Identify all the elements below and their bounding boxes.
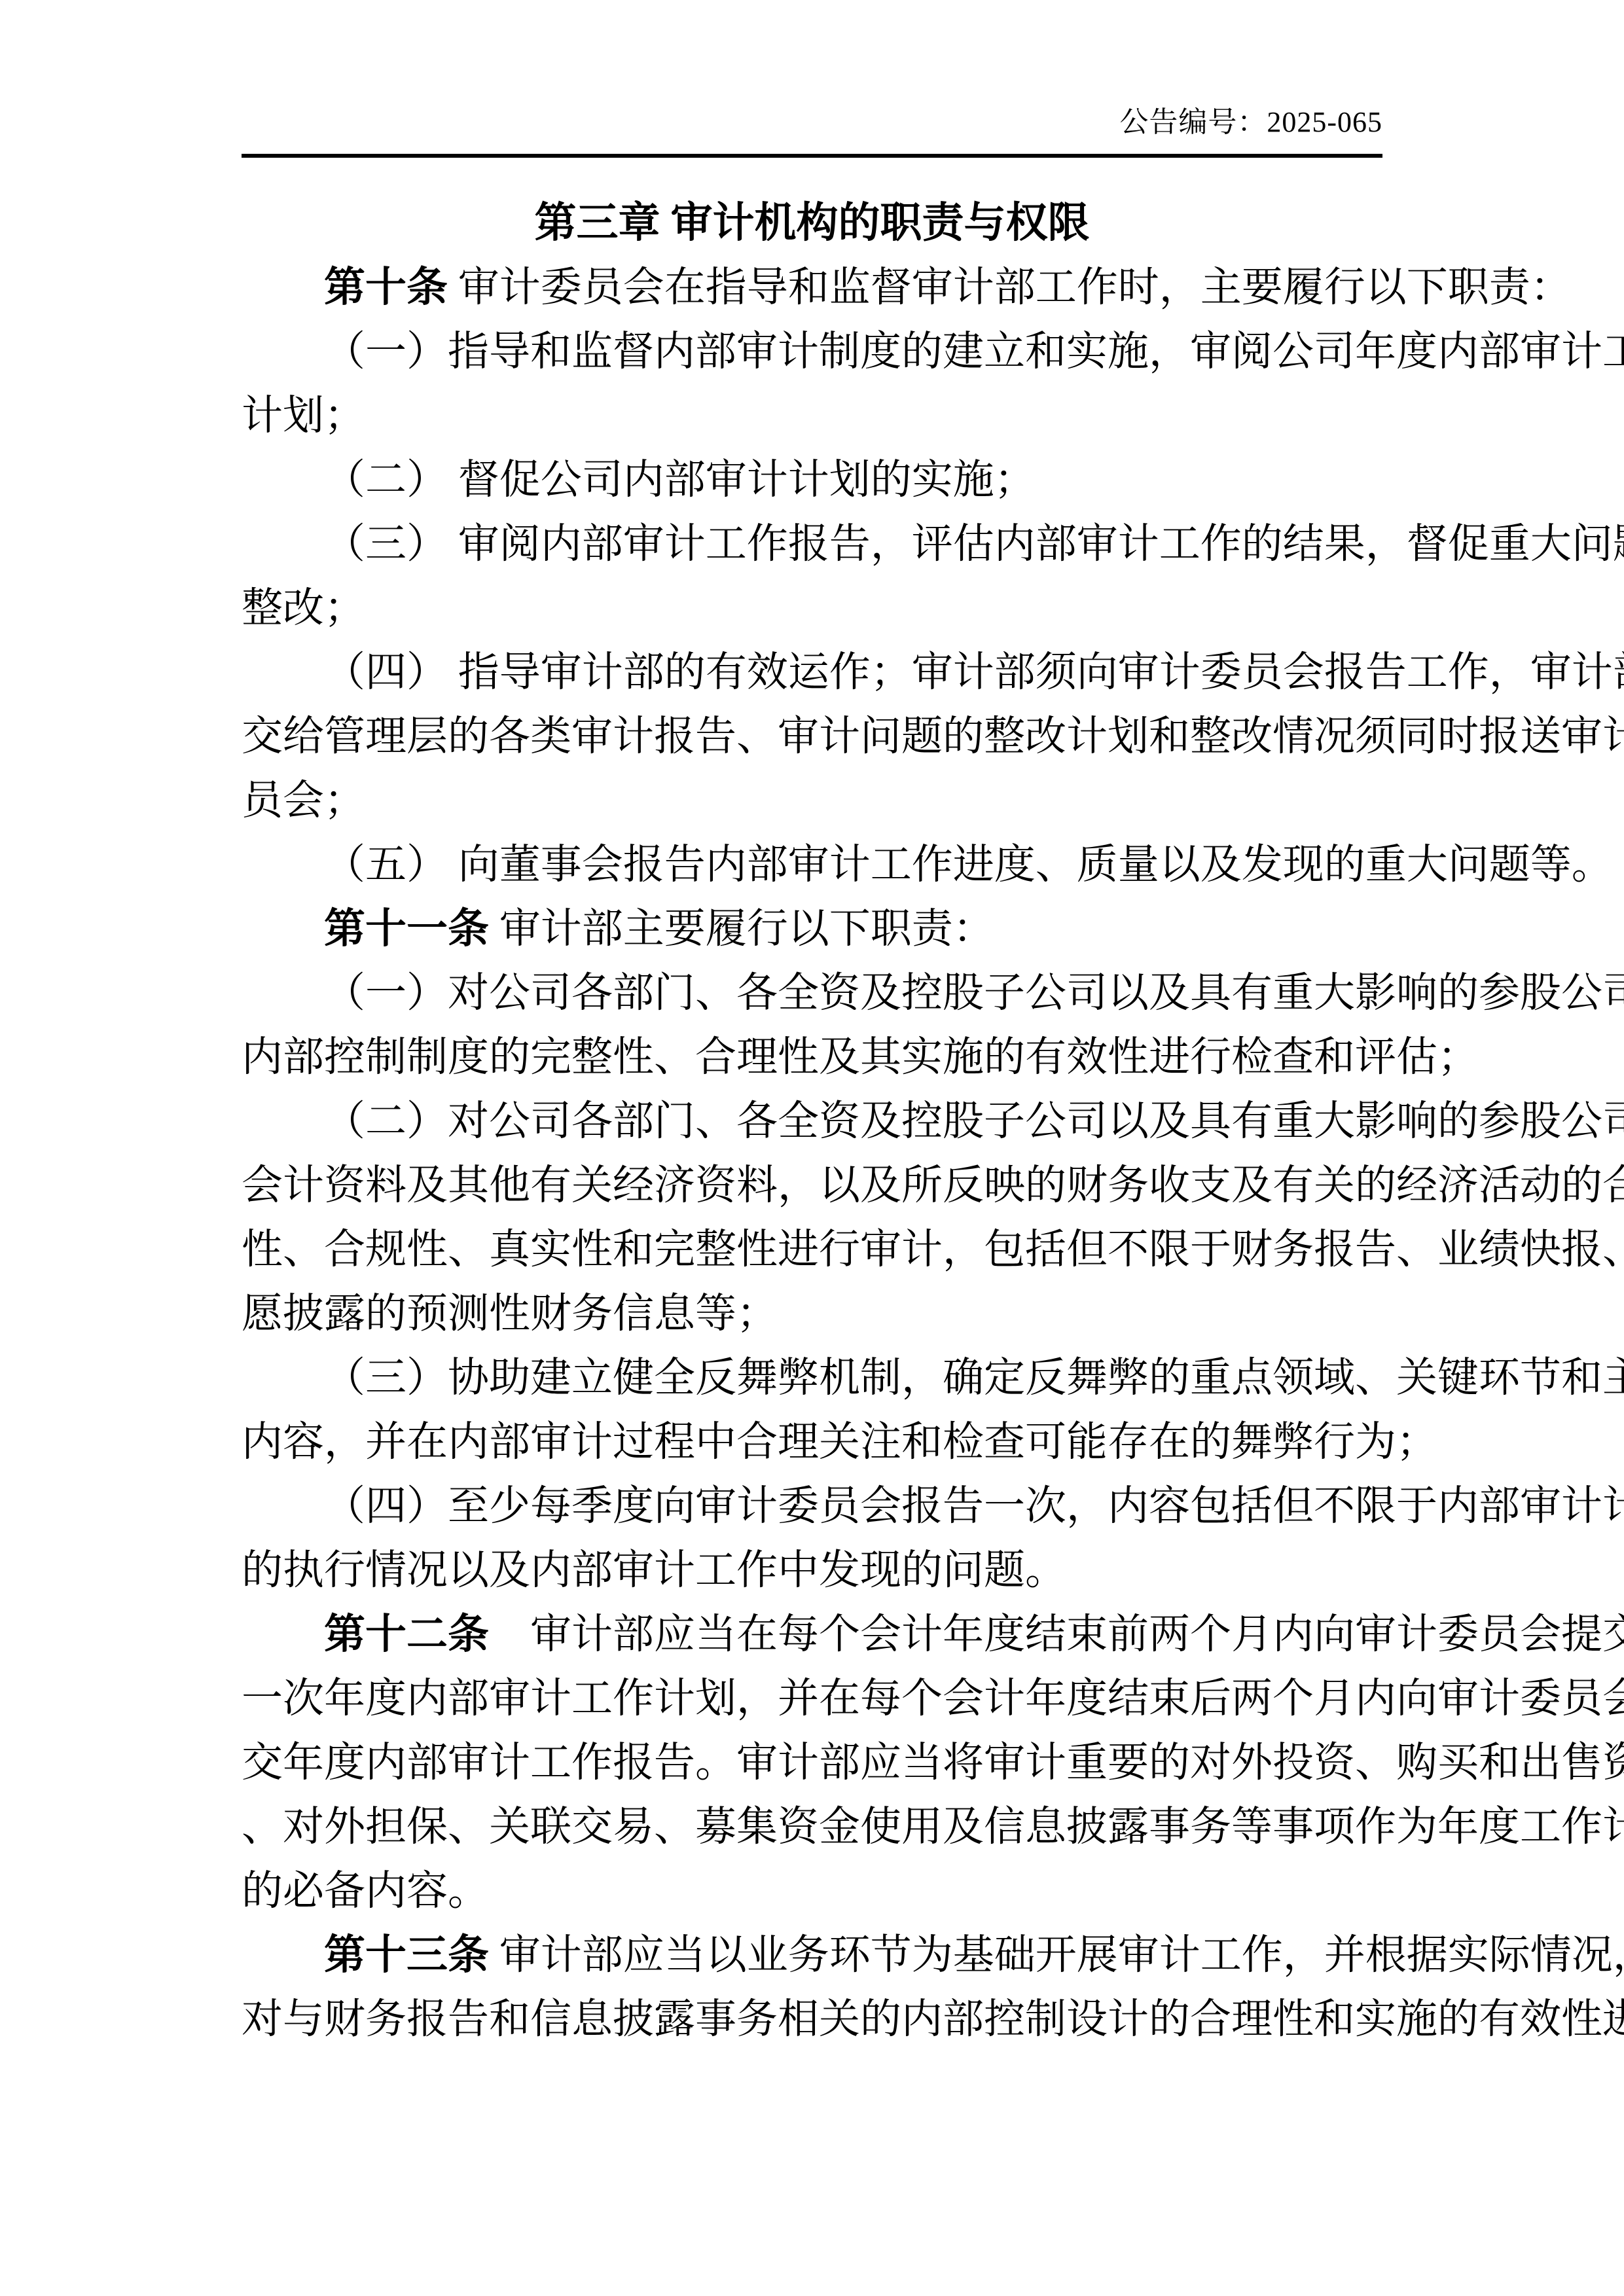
line-text: 的必备内容。 (242, 1868, 489, 1914)
text-line: 第十一条 审计部主要履行以下职责： (242, 897, 1382, 961)
text-line: 会计资料及其他有关经济资料，以及所反映的财务收支及有关的经济活动的合法 (242, 1153, 1382, 1217)
line-text: 审计部主要履行以下职责： (489, 906, 994, 952)
text-line: 员会； (242, 768, 1382, 833)
line-text: 内容，并在内部审计过程中合理关注和检查可能存在的舞弊行为； (242, 1419, 1437, 1465)
line-text: （四）至少每季度向审计委员会报告一次，内容包括但不限于内部审计计划 (324, 1483, 1624, 1529)
line-text: 对与财务报告和信息披露事务相关的内部控制设计的合理性和实施的有效性进 (242, 1996, 1624, 2042)
text-line: （四） 指导审计部的有效运作；审计部须向审计委员会报告工作，审计部提 (242, 640, 1382, 704)
text-line: 内部控制制度的完整性、合理性及其实施的有效性进行检查和评估； (242, 1025, 1382, 1089)
line-text: 愿披露的预测性财务信息等； (242, 1291, 778, 1336)
line-text: （二）对公司各部门、各全资及控股子公司以及具有重大影响的参股公司的 (324, 1098, 1624, 1144)
text-line: 、对外担保、关联交易、募集资金使用及信息披露事务等事项作为年度工作计划 (242, 1795, 1382, 1859)
text-line: 的必备内容。 (242, 1859, 1382, 1923)
article-number: 第十二条 (324, 1611, 489, 1657)
line-text: 会计资料及其他有关经济资料，以及所反映的财务收支及有关的经济活动的合法 (242, 1162, 1624, 1208)
line-text: 性、合规性、真实性和完整性进行审计，包括但不限于财务报告、业绩快报、自 (242, 1227, 1624, 1272)
text-line: 性、合规性、真实性和完整性进行审计，包括但不限于财务报告、业绩快报、自 (242, 1217, 1382, 1282)
article-number: 第十一条 (324, 906, 489, 952)
text-line: 交给管理层的各类审计报告、审计问题的整改计划和整改情况须同时报送审计委 (242, 704, 1382, 768)
line-text: （一）指导和监督内部审计制度的建立和实施，审阅公司年度内部审计工作 (324, 329, 1624, 374)
text-line: 交年度内部审计工作报告。审计部应当将审计重要的对外投资、购买和出售资产 (242, 1731, 1382, 1795)
article-number: 第十三条 (324, 1932, 489, 1978)
line-text: 审计部应当在每个会计年度结束前两个月内向审计委员会提交 (489, 1611, 1624, 1657)
line-text: 审计部应当以业务环节为基础开展审计工作，并根据实际情况， (489, 1932, 1624, 1978)
line-text: 计划； (242, 393, 365, 439)
line-text: 整改； (242, 585, 365, 631)
line-text: 、对外担保、关联交易、募集资金使用及信息披露事务等事项作为年度工作计划 (242, 1804, 1624, 1850)
text-line: （三）协助建立健全反舞弊机制，确定反舞弊的重点领域、关键环节和主要 (242, 1346, 1382, 1410)
document-body: 第十条 审计委员会在指导和监督审计部工作时，主要履行以下职责：（一）指导和监督内… (242, 255, 1382, 2051)
text-line: 第十三条 审计部应当以业务环节为基础开展审计工作，并根据实际情况， (242, 1923, 1382, 1987)
line-text: （五） 向董事会报告内部审计工作进度、质量以及发现的重大问题等。 (324, 842, 1613, 888)
page-header: 公告编号：2025-065 (242, 108, 1382, 137)
document-page: 公告编号：2025-065 第三章 审计机构的职责与权限 第十条 审计委员会在指… (0, 0, 1624, 2296)
header-rule (242, 154, 1382, 158)
text-line: 第十二条 审计部应当在每个会计年度结束前两个月内向审计委员会提交 (242, 1602, 1382, 1666)
line-text: 一次年度内部审计工作计划，并在每个会计年度结束后两个月内向审计委员会提 (242, 1676, 1624, 1721)
text-line: （二） 督促公司内部审计计划的实施； (242, 448, 1382, 512)
text-line: 第十条 审计委员会在指导和监督审计部工作时，主要履行以下职责： (242, 255, 1382, 319)
line-text: 的执行情况以及内部审计工作中发现的问题。 (242, 1547, 1066, 1593)
line-text: （一）对公司各部门、各全资及控股子公司以及具有重大影响的参股公司的 (324, 970, 1624, 1016)
line-text: 审计委员会在指导和监督审计部工作时，主要履行以下职责： (448, 264, 1572, 310)
line-text: 交给管理层的各类审计报告、审计问题的整改计划和整改情况须同时报送审计委 (242, 713, 1624, 759)
text-line: 计划； (242, 384, 1382, 448)
line-text: （二） 督促公司内部审计计划的实施； (324, 457, 1036, 503)
text-line: （三） 审阅内部审计工作报告，评估内部审计工作的结果，督促重大问题的 (242, 512, 1382, 576)
chapter-title: 第三章 审计机构的职责与权限 (242, 191, 1382, 255)
text-line: （二）对公司各部门、各全资及控股子公司以及具有重大影响的参股公司的 (242, 1089, 1382, 1153)
text-line: 的执行情况以及内部审计工作中发现的问题。 (242, 1538, 1382, 1602)
doc-number: 公告编号：2025-065 (1119, 106, 1382, 138)
text-line: 整改； (242, 576, 1382, 640)
text-line: 愿披露的预测性财务信息等； (242, 1282, 1382, 1346)
text-line: （四）至少每季度向审计委员会报告一次，内容包括但不限于内部审计计划 (242, 1474, 1382, 1538)
line-text: 内部控制制度的完整性、合理性及其实施的有效性进行检查和评估； (242, 1034, 1479, 1080)
article-number: 第十条 (324, 264, 448, 310)
line-text: （三） 审阅内部审计工作报告，评估内部审计工作的结果，督促重大问题的 (324, 521, 1624, 567)
line-text: （三）协助建立健全反舞弊机制，确定反舞弊的重点领域、关键环节和主要 (324, 1355, 1624, 1401)
line-text: 员会； (242, 778, 365, 823)
text-line: （一）指导和监督内部审计制度的建立和实施，审阅公司年度内部审计工作 (242, 319, 1382, 384)
text-line: （一）对公司各部门、各全资及控股子公司以及具有重大影响的参股公司的 (242, 961, 1382, 1025)
line-text: （四） 指导审计部的有效运作；审计部须向审计委员会报告工作，审计部提 (324, 649, 1624, 695)
text-line: （五） 向董事会报告内部审计工作进度、质量以及发现的重大问题等。 (242, 833, 1382, 897)
text-line: 一次年度内部审计工作计划，并在每个会计年度结束后两个月内向审计委员会提 (242, 1666, 1382, 1731)
text-line: 对与财务报告和信息披露事务相关的内部控制设计的合理性和实施的有效性进 (242, 1987, 1382, 2051)
line-text: 交年度内部审计工作报告。审计部应当将审计重要的对外投资、购买和出售资产 (242, 1740, 1624, 1785)
text-line: 内容，并在内部审计过程中合理关注和检查可能存在的舞弊行为； (242, 1410, 1382, 1474)
